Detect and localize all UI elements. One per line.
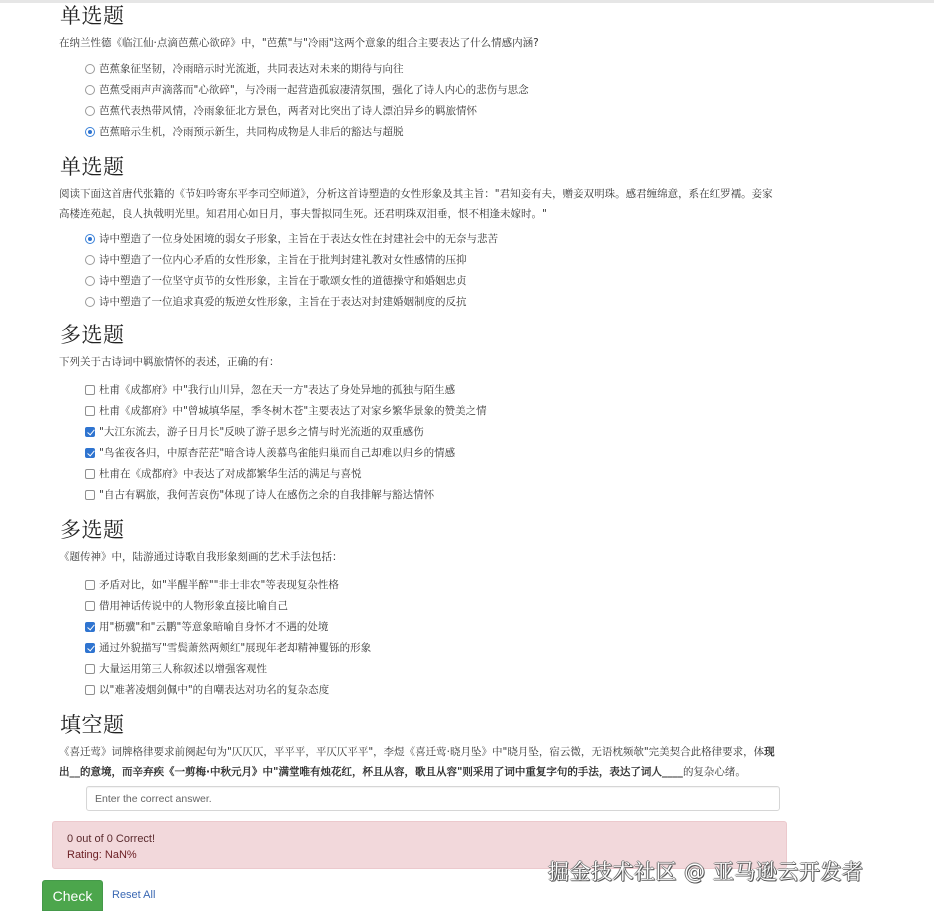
radio-button[interactable] bbox=[85, 276, 95, 286]
question-type-title: 填空题 bbox=[60, 712, 800, 738]
checkbox-checked[interactable] bbox=[85, 427, 95, 437]
question-5: 填空题 《喜迁莺》词牌格律要求前阕起句为"仄仄仄，平平平，平仄仄平平"，李煜《喜… bbox=[60, 712, 800, 782]
option-item[interactable]: "自古有羁旅，我何苦哀伤"体现了诗人在感伤之余的自我排解与豁达情怀 bbox=[60, 484, 800, 505]
option-label: "自古有羁旅，我何苦哀伤"体现了诗人在感伤之余的自我排解与豁达情怀 bbox=[99, 487, 434, 502]
radio-button[interactable] bbox=[85, 64, 95, 74]
radio-button[interactable] bbox=[85, 106, 95, 116]
option-label: 杜甫在《成都府》中表达了对成都繁华生活的满足与喜悦 bbox=[99, 466, 362, 481]
radio-button[interactable] bbox=[85, 297, 95, 307]
question-prompt: 《喜迁莺》词牌格律要求前阕起句为"仄仄仄，平平平，平仄仄平平"，李煜《喜迁莺·晓… bbox=[59, 742, 784, 782]
option-item[interactable]: 大量运用第三人称叙述以增强客观性 bbox=[60, 658, 800, 679]
option-item[interactable]: 诗中塑造了一位追求真爱的叛逆女性形象，主旨在于表达对封建婚姻制度的反抗 bbox=[60, 291, 800, 312]
option-label: 芭蕉象征坚韧，冷雨暗示时光流逝，共同表达对未来的期待与向往 bbox=[99, 61, 404, 76]
option-item[interactable]: 通过外貌描写"雪鬓萧然两颊红"展现年老却精神矍铄的形象 bbox=[60, 637, 800, 658]
option-list: 杜甫《成都府》中"我行山川异，忽在天一方"表达了身处异地的孤独与陌生感 杜甫《成… bbox=[60, 379, 800, 505]
option-item[interactable]: 诗中塑造了一位内心矛盾的女性形象，主旨在于批判封建礼教对女性感情的压抑 bbox=[60, 249, 800, 270]
checkbox[interactable] bbox=[85, 685, 95, 695]
question-type-title: 多选题 bbox=[60, 322, 800, 348]
question-prompt: 下列关于古诗词中羁旅情怀的表述，正确的有： bbox=[59, 352, 800, 372]
option-label: 诗中塑造了一位坚守贞节的女性形象，主旨在于歌颂女性的道德操守和婚姻忠贞 bbox=[99, 273, 467, 288]
option-label: 通过外貌描写"雪鬓萧然两颊红"展现年老却精神矍铄的形象 bbox=[99, 640, 371, 655]
option-label: 诗中塑造了一位身处困境的弱女子形象，主旨在于表达女性在封建社会中的无奈与悲苦 bbox=[99, 231, 498, 246]
radio-button-selected[interactable] bbox=[85, 127, 95, 137]
option-item[interactable]: 诗中塑造了一位身处困境的弱女子形象，主旨在于表达女性在封建社会中的无奈与悲苦 bbox=[60, 228, 800, 249]
option-label: 诗中塑造了一位追求真爱的叛逆女性形象，主旨在于表达对封建婚姻制度的反抗 bbox=[99, 294, 467, 309]
option-item[interactable]: 借用神话传说中的人物形象直接比喻自己 bbox=[60, 595, 800, 616]
option-item[interactable]: "大江东流去，游子日月长"反映了游子思乡之情与时光流逝的双重感伤 bbox=[60, 421, 800, 442]
checkbox-checked[interactable] bbox=[85, 643, 95, 653]
option-item[interactable]: 芭蕉暗示生机，冷雨预示新生，共同构成物是人非后的豁达与超脱 bbox=[60, 121, 800, 142]
checkbox[interactable] bbox=[85, 406, 95, 416]
checkbox[interactable] bbox=[85, 580, 95, 590]
option-item[interactable]: 芭蕉代表热带风情，冷雨象征北方景色，两者对比突出了诗人漂泊异乡的羁旅情怀 bbox=[60, 100, 800, 121]
option-label: 芭蕉受雨声声滴落而"心欲碎"，与冷雨一起营造孤寂凄清氛围，强化了诗人内心的悲伤与… bbox=[99, 82, 529, 97]
prompt-line-1: 《喜迁莺》词牌格律要求前阕起句为"仄仄仄，平平平，平仄仄平平"，李煜《喜迁莺·晓… bbox=[59, 746, 764, 758]
option-label: "大江东流去，游子日月长"反映了游子思乡之情与时光流逝的双重感伤 bbox=[99, 424, 424, 439]
radio-button[interactable] bbox=[85, 255, 95, 265]
option-label: 以"难著凌烟剑佩中"的自嘲表达对功名的复杂态度 bbox=[99, 682, 329, 697]
option-label: 芭蕉暗示生机，冷雨预示新生，共同构成物是人非后的豁达与超脱 bbox=[99, 124, 404, 139]
check-button[interactable]: Check bbox=[42, 880, 103, 911]
option-list: 矛盾对比，如"半醒半醉""非士非农"等表现复杂性格 借用神话传说中的人物形象直接… bbox=[60, 574, 800, 700]
option-label: 大量运用第三人称叙述以增强客观性 bbox=[99, 661, 267, 676]
answer-input[interactable] bbox=[86, 786, 780, 811]
checkbox[interactable] bbox=[85, 385, 95, 395]
option-label: 矛盾对比，如"半醒半醉""非士非农"等表现复杂性格 bbox=[99, 577, 339, 592]
option-item[interactable]: 杜甫《成都府》中"我行山川异，忽在天一方"表达了身处异地的孤独与陌生感 bbox=[60, 379, 800, 400]
radio-button-selected[interactable] bbox=[85, 234, 95, 244]
question-2: 单选题 阅读下面这首唐代张籍的《节妇吟寄东平李司空师道》，分析这首诗塑造的女性形… bbox=[60, 154, 800, 312]
radio-button[interactable] bbox=[85, 85, 95, 95]
option-label: 芭蕉代表热带风情，冷雨象征北方景色，两者对比突出了诗人漂泊异乡的羁旅情怀 bbox=[99, 103, 477, 118]
checkbox-checked[interactable] bbox=[85, 622, 95, 632]
prompt-line-2-tail: 的复杂心绪。 bbox=[683, 766, 746, 778]
option-label: 诗中塑造了一位内心矛盾的女性形象，主旨在于批判封建礼教对女性感情的压抑 bbox=[99, 252, 467, 267]
checkbox[interactable] bbox=[85, 664, 95, 674]
question-type-title: 多选题 bbox=[60, 517, 800, 543]
question-type-title: 单选题 bbox=[60, 154, 800, 180]
option-list: 芭蕉象征坚韧，冷雨暗示时光流逝，共同表达对未来的期待与向往 芭蕉受雨声声滴落而"… bbox=[60, 58, 800, 142]
option-item[interactable]: 杜甫《成都府》中"曾城填华屋，季冬树木苍"主要表达了对家乡繁华景象的赞美之情 bbox=[60, 400, 800, 421]
option-list: 诗中塑造了一位身处困境的弱女子形象，主旨在于表达女性在封建社会中的无奈与悲苦 诗… bbox=[60, 228, 800, 312]
checkbox[interactable] bbox=[85, 601, 95, 611]
option-label: "鸟雀夜各归，中原杳茫茫"暗含诗人羡慕鸟雀能归巢而自己却难以归乡的情感 bbox=[99, 445, 455, 460]
question-prompt: 《题传神》中，陆游通过诗歌自我形象刻画的艺术手法包括： bbox=[59, 547, 800, 567]
option-item[interactable]: 用"枥骥"和"云鹏"等意象暗喻自身怀才不遇的处境 bbox=[60, 616, 800, 637]
question-3: 多选题 下列关于古诗词中羁旅情怀的表述，正确的有： 杜甫《成都府》中"我行山川异… bbox=[60, 322, 800, 505]
option-item[interactable]: "鸟雀夜各归，中原杳茫茫"暗含诗人羡慕鸟雀能归巢而自己却难以归乡的情感 bbox=[60, 442, 800, 463]
option-item[interactable]: 以"难著凌烟剑佩中"的自嘲表达对功名的复杂态度 bbox=[60, 679, 800, 700]
option-label: 杜甫《成都府》中"我行山川异，忽在天一方"表达了身处异地的孤独与陌生感 bbox=[99, 382, 455, 397]
checkbox[interactable] bbox=[85, 490, 95, 500]
checkbox-checked[interactable] bbox=[85, 448, 95, 458]
score-text: 0 out of 0 Correct! bbox=[67, 831, 772, 847]
question-1: 单选题 在纳兰性德《临江仙·点滴芭蕉心欲碎》中，"芭蕉"与"冷雨"这两个意象的组… bbox=[60, 3, 800, 142]
reset-all-link[interactable]: Reset All bbox=[112, 889, 155, 901]
option-item[interactable]: 杜甫在《成都府》中表达了对成都繁华生活的满足与喜悦 bbox=[60, 463, 800, 484]
checkbox[interactable] bbox=[85, 469, 95, 479]
option-label: 用"枥骥"和"云鹏"等意象暗喻自身怀才不遇的处境 bbox=[99, 619, 328, 634]
option-item[interactable]: 芭蕉象征坚韧，冷雨暗示时光流逝，共同表达对未来的期待与向往 bbox=[60, 58, 800, 79]
question-prompt: 阅读下面这首唐代张籍的《节妇吟寄东平李司空师道》，分析这首诗塑造的女性形象及其主… bbox=[59, 184, 779, 224]
option-item[interactable]: 矛盾对比，如"半醒半醉""非士非农"等表现复杂性格 bbox=[60, 574, 800, 595]
option-label: 借用神话传说中的人物形象直接比喻自己 bbox=[99, 598, 288, 613]
option-label: 杜甫《成都府》中"曾城填华屋，季冬树木苍"主要表达了对家乡繁华景象的赞美之情 bbox=[99, 403, 487, 418]
watermark-text: 掘金技术社区 @ 亚马逊云开发者 bbox=[548, 856, 863, 886]
question-prompt: 在纳兰性德《临江仙·点滴芭蕉心欲碎》中，"芭蕉"与"冷雨"这两个意象的组合主要表… bbox=[59, 33, 800, 53]
option-item[interactable]: 诗中塑造了一位坚守贞节的女性形象，主旨在于歌颂女性的道德操守和婚姻忠贞 bbox=[60, 270, 800, 291]
option-item[interactable]: 芭蕉受雨声声滴落而"心欲碎"，与冷雨一起营造孤寂凄清氛围，强化了诗人内心的悲伤与… bbox=[60, 79, 800, 100]
question-4: 多选题 《题传神》中，陆游通过诗歌自我形象刻画的艺术手法包括： 矛盾对比，如"半… bbox=[60, 517, 800, 700]
question-type-title: 单选题 bbox=[60, 3, 800, 29]
